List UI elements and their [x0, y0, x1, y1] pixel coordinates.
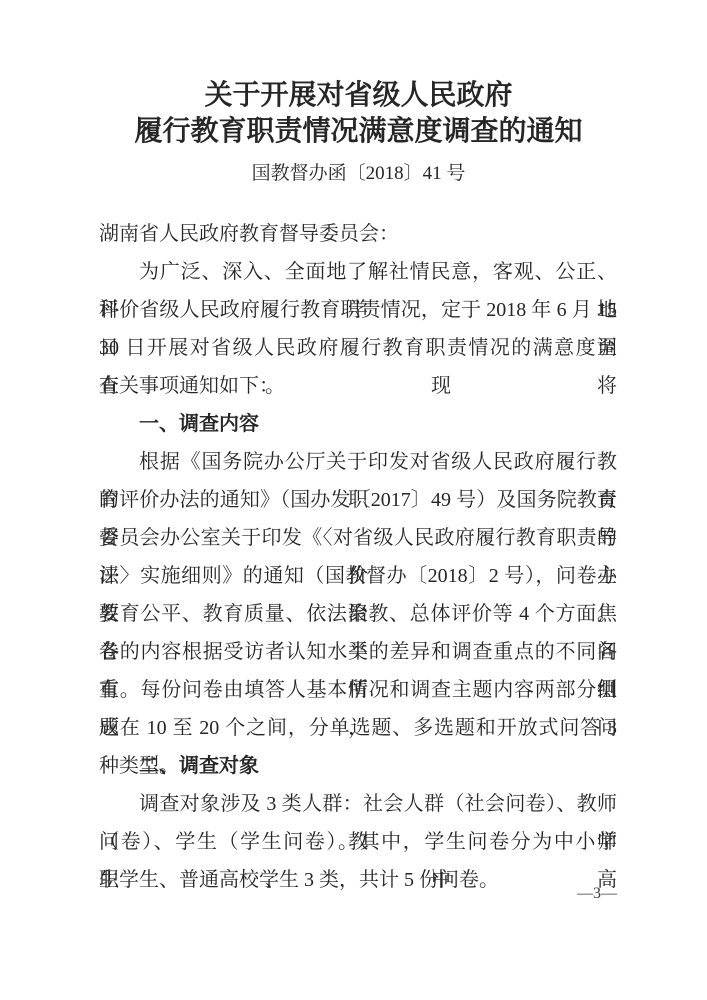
section-heading: 二、调查对象	[99, 747, 617, 785]
title-line-1: 关于开展对省级人民政府	[60, 78, 657, 114]
paragraph: 根据《国务院办公厅关于印发对省级人民政府履行教育职责的评价办法的通知》（国办发〔…	[99, 443, 617, 747]
document-body: 湖南省人民政府教育督导委员会： 为广泛、深入、全面地了解社情民意，客观、公正、科…	[99, 215, 617, 899]
section-heading: 一、调查内容	[99, 405, 617, 443]
text-line: 根据《国务院办公厅关于印发对省级人民政府履行教育职责	[99, 443, 617, 481]
content-blocks: 为广泛、深入、全面地了解社情民意，客观、公正、科学地评价省级人民政府履行教育职责…	[99, 253, 617, 899]
text-line: 为广泛、深入、全面地了解社情民意，客观、公正、科学地	[99, 253, 617, 291]
text-line: 问卷）、学生（学生问卷）。其中，学生问卷分为中小学生、中高	[99, 823, 617, 861]
text-line: 调查对象涉及 3 类人群：社会人群（社会问卷）、教师（教师	[99, 785, 617, 823]
addressee: 湖南省人民政府教育督导委员会：	[99, 215, 617, 253]
text-line: 重。每份问卷由填答人基本情况和调查主题内容两部分组成，问	[99, 671, 617, 709]
text-line: 的评价办法的通知》（国办发〔2017〕49 号）及国务院教育督导	[99, 481, 617, 519]
document-page: 关于开展对省级人民政府 履行教育职责情况满意度调查的通知 国教督办函〔2018〕…	[0, 0, 707, 1000]
document-number: 国教督办函〔2018〕41 号	[60, 160, 657, 188]
text-line: 评价省级人民政府履行教育职责情况，定于 2018 年 6 月 15 日至	[99, 291, 617, 329]
title-line-2: 履行教育职责情况满意度调查的通知	[60, 114, 657, 150]
text-line: 委员会办公室关于印发《〈对省级人民政府履行教育职责的评价办	[99, 519, 617, 557]
page-number: —3—	[577, 884, 617, 904]
text-line: 教育公平、教育质量、依法治教、总体评价等 4 个方面。各类问	[99, 595, 617, 633]
paragraph: 调查对象涉及 3 类人群：社会人群（社会问卷）、教师（教师问卷）、学生（学生问卷…	[99, 785, 617, 899]
paragraph: 为广泛、深入、全面地了解社情民意，客观、公正、科学地评价省级人民政府履行教育职责…	[99, 253, 617, 405]
text-line: 题在 10 至 20 个之间，分单选题、多选题和开放式问答 3 种类型。	[99, 709, 617, 747]
text-line: 法〉实施细则》的通知（国教督办〔2018〕2 号），问卷主要聚焦	[99, 557, 617, 595]
text-line: 30 日开展对省级人民政府履行教育职责情况的满意度调查。现将	[99, 329, 617, 367]
document-title: 关于开展对省级人民政府 履行教育职责情况满意度调查的通知	[60, 78, 657, 150]
text-line: 卷的内容根据受访者认知水平的差异和调查重点的不同各有所侧	[99, 633, 617, 671]
